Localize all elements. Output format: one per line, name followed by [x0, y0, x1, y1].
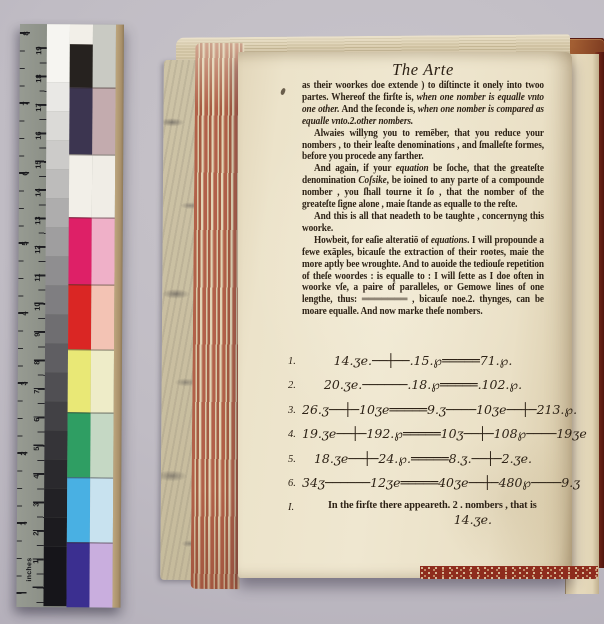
ruler-cm-number: 14: [33, 187, 42, 199]
grayscale-patch: [45, 314, 68, 343]
color-patch-white: [70, 24, 93, 44]
closing-number: I.: [288, 502, 294, 513]
ruler-cm-number: 10: [33, 300, 42, 312]
ruler-cm-number: 5: [32, 442, 41, 454]
grayscale-patch: [44, 517, 67, 546]
ruler-cm-number: 15: [34, 158, 43, 170]
ruler-inch-number: 2: [19, 448, 28, 460]
book: The Arte as their woorkes doe extende ) …: [162, 36, 604, 582]
grayscale-patch: [47, 24, 70, 82]
ruler-cm-number: 11: [33, 272, 42, 284]
equation-row: 3.26.ʒ──┼─10ʒe═════9.ʒ────10ʒe──┼─213.℘.: [302, 401, 544, 425]
ruler-inch-number: 6: [21, 168, 30, 180]
grayscale-patch: [45, 401, 68, 430]
grayscale-patch: [46, 169, 69, 198]
ruler-cm-number: 6: [32, 414, 41, 426]
grayscale-patch: [44, 488, 67, 517]
grayscale-patch: [44, 430, 67, 459]
grayscale-patch: [45, 256, 68, 285]
ruler-cm-number: 18: [34, 73, 43, 85]
ruler-inch-number: 4: [20, 308, 29, 320]
ruler-inches-label: inches: [26, 552, 35, 582]
page-edges-left: [191, 43, 245, 589]
equation-number: 4.: [288, 429, 296, 440]
ink-blot: [280, 88, 286, 96]
tint-patch-pale-green: [90, 412, 113, 477]
ruler-cm-number: 12: [33, 243, 42, 255]
grayscale-patch: [44, 459, 67, 488]
color-patch-cyan: [67, 477, 90, 542]
equation-number: 2.: [288, 380, 296, 391]
color-calibration-card: 8765432119181716151413121110987654321 in…: [16, 24, 124, 608]
equation-row: 5.18.ʒe──┼─24.℘.═════8.ʒ.──┼─2.ʒe.: [302, 450, 544, 474]
grayscale-patch: [46, 82, 69, 111]
paragraph: Howbeit, for eaſie alteratiō of equation…: [302, 235, 544, 318]
equation-expression: 19.ʒe──┼─192.℘═════10ʒ──┼─108℘────19ʒe: [302, 426, 544, 441]
color-patch-dark-violet: [69, 87, 92, 154]
equation-expression: 14.ʒe.──┼──.15.℘═════71.℘.: [302, 353, 544, 368]
equation-expression: 26.ʒ──┼─10ʒe═════9.ʒ────10ʒe──┼─213.℘.: [302, 402, 544, 417]
equation-number: 1.: [288, 356, 296, 367]
book-page: The Arte as their woorkes doe extende ) …: [238, 52, 572, 578]
color-patch-magenta: [68, 217, 91, 284]
ruler-inch-number: 5: [20, 238, 29, 250]
closing-continuation: 14.ʒe.: [302, 512, 544, 527]
grayscale-patch: [46, 227, 69, 256]
ruler-cm-number: 16: [34, 130, 43, 142]
grayscale-patch: [46, 198, 69, 227]
equation-number: 5.: [288, 454, 296, 465]
color-patch-yellow: [68, 349, 91, 412]
equation-number: 6.: [288, 478, 296, 489]
grayscale-patch: [43, 546, 66, 606]
ruler-cm-number: 2: [31, 527, 40, 539]
tint-patch-mauve: [92, 87, 115, 154]
tint-patch-pale-blue: [90, 477, 113, 542]
tint-patch-pink: [91, 217, 114, 284]
equation-expression: 34ʒ──────12ʒe═════40ʒe──┼─480℘────9.ʒ: [302, 475, 544, 490]
color-patch-white: [69, 154, 92, 217]
running-head: The Arte: [302, 60, 544, 80]
paragraph: And again, if your equation be ſoche, th…: [302, 163, 544, 211]
equation-expression: 18.ʒe──┼─24.℘.═════8.ʒ.──┼─2.ʒe.: [302, 451, 544, 466]
equation-row: 4.19.ʒe──┼─192.℘═════10ʒ──┼─108℘────19ʒe: [302, 425, 544, 449]
equation-expression: 20.ʒe.──────.18.℘═════.102.℘.: [302, 377, 544, 392]
ruler-cm-number: 13: [33, 215, 42, 227]
tint-patch-pale-yellow: [91, 349, 114, 412]
photo-scene: 8765432119181716151413121110987654321 in…: [0, 0, 604, 624]
color-patch-red: [68, 284, 91, 349]
equation-number: 3.: [288, 405, 296, 416]
ruler-cm-number: 9: [33, 329, 42, 341]
grayscale-patch: [46, 111, 69, 140]
ruler-cm-number: 19: [34, 45, 43, 57]
ruler-inch-number: 7: [21, 98, 30, 110]
ruler: 8765432119181716151413121110987654321 in…: [16, 24, 47, 607]
grayscale-patch: [45, 285, 68, 314]
tint-patch-light-gray: [93, 24, 116, 87]
tint-patch-salmon: [91, 284, 114, 349]
closing-text: In the firſte there appeareth. 2 . nombe…: [302, 500, 544, 511]
ruler-cm-number: 8: [32, 357, 41, 369]
ruler-cm-number: 17: [34, 101, 43, 113]
equation-row: 6.34ʒ──────12ʒe═════40ʒe──┼─480℘────9.ʒ: [302, 474, 544, 498]
body-paragraphs: as their woorkes doe extende ) to diſtin…: [302, 80, 544, 360]
paragraph: as their woorkes doe extende ) to diſtin…: [302, 80, 544, 128]
grayscale-patch: [46, 140, 69, 169]
ruler-cm-number: 7: [32, 385, 41, 397]
color-patch-black: [70, 44, 93, 87]
color-patch-green: [67, 412, 90, 477]
grayscale-patch: [45, 372, 68, 401]
page-edges-bottom-red: [420, 566, 598, 579]
ruler-inch-number: 8: [21, 28, 30, 40]
paragraph: And this is all that neadeth to be taugh…: [302, 211, 544, 235]
equation-row: 1.14.ʒe.──┼──.15.℘═════71.℘.: [302, 352, 544, 376]
tint-patch-lavender: [89, 542, 112, 607]
closing-note: I. In the firſte there appeareth. 2 . no…: [302, 500, 544, 527]
equation-row: 2.20.ʒe.──────.18.℘═════.102.℘.: [302, 376, 544, 400]
ruler-inch-number: 3: [19, 378, 28, 390]
ruler-inch-number: 1: [18, 517, 27, 529]
grayscale-patch: [45, 343, 68, 372]
paragraph: Alwaies willyng you to remēber, that you…: [302, 128, 544, 164]
color-patch-blue-violet: [66, 542, 89, 607]
equations-block: 1.14.ʒe.──┼──.15.℘═════71.℘.2.20.ʒe.────…: [302, 352, 544, 527]
ruler-cm-number: 4: [32, 471, 41, 483]
tint-patch-white: [92, 154, 115, 217]
ruler-cm-number: 3: [32, 499, 41, 511]
